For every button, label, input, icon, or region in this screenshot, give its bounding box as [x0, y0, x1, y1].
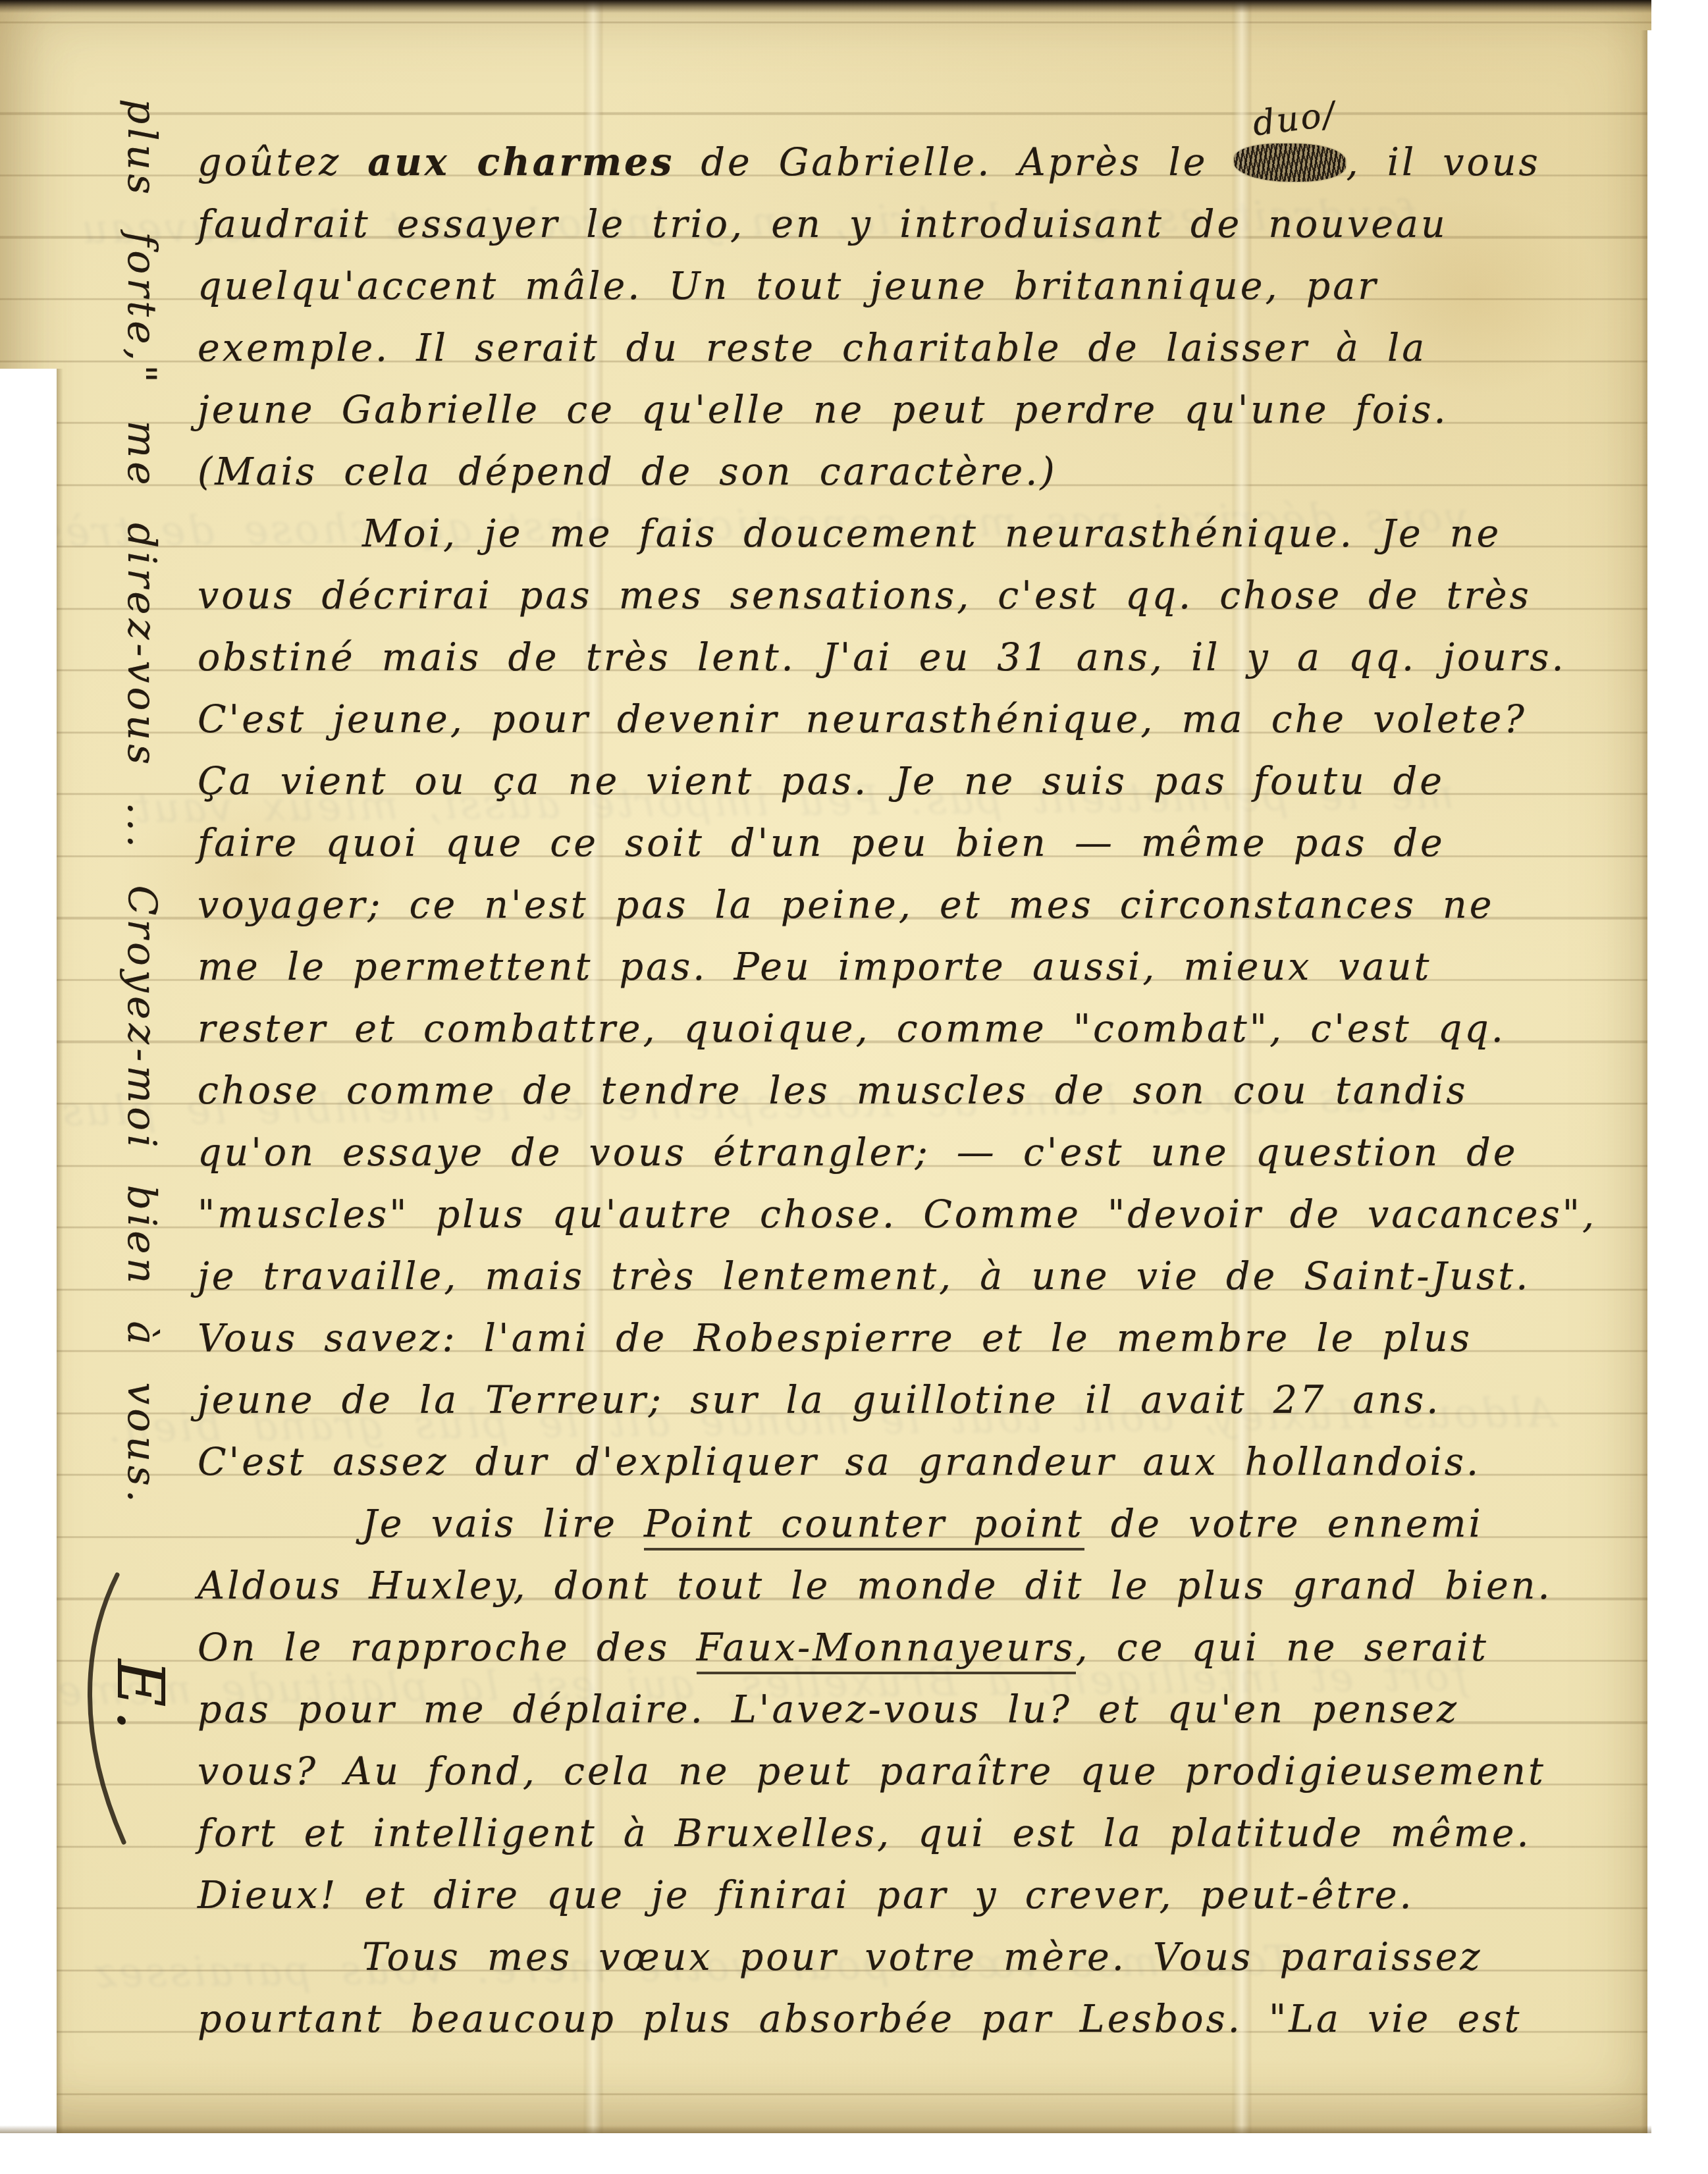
letter-line: fort et intelligent à Bruxelles, qui est…: [198, 1803, 1659, 1865]
letter-line: (Mais cela dépend de son caractère.): [198, 441, 1659, 503]
handwritten-text: quelqu'accent mâle. Un tout jeune britan…: [198, 265, 1378, 308]
letter-line: je travaille, mais très lentement, à une…: [198, 1246, 1659, 1308]
handwritten-text: qu'on essaye de vous étrangler; — c'est …: [198, 1131, 1518, 1175]
handwritten-text: voyager; ce n'est pas la peine, et mes c…: [198, 884, 1495, 927]
handwritten-text: Ça vient ou ça ne vient pas. Je ne suis …: [198, 760, 1445, 803]
letter-line: Tous mes vœux pour votre mère. Vous para…: [198, 1926, 1659, 1988]
letter-line: qu'on essaye de vous étrangler; — c'est …: [198, 1122, 1659, 1184]
letter-line: pourtant beaucoup plus absorbée par Lesb…: [198, 1988, 1659, 2050]
letter-line: Je vais lire Point counter point de votr…: [198, 1493, 1659, 1555]
letter-line: exemple. Il serait du reste charitable d…: [198, 317, 1659, 379]
letter-line: goûtez aux charmes de Gabrielle. Après l…: [198, 132, 1659, 194]
handwritten-text: Vous savez: l'ami de Robespierre et le m…: [198, 1317, 1472, 1360]
letter-line: me le permettent pas. Peu importe aussi,…: [198, 936, 1659, 998]
letter-line: Moi, je me fais doucement neurasthénique…: [198, 503, 1659, 565]
handwritten-text: , il vous: [1346, 141, 1540, 184]
letter-line: chose comme de tendre les muscles de son…: [198, 1060, 1659, 1122]
letter-line: voyager; ce n'est pas la peine, et mes c…: [198, 874, 1659, 936]
underlined-book-title: Point counter point: [644, 1502, 1084, 1551]
handwritten-text: faire quoi que ce soit d'un peu bien — m…: [198, 822, 1445, 865]
scan-background-left: [0, 369, 57, 2174]
letter-line: Aldous Huxley, dont tout le monde dit le…: [198, 1555, 1659, 1617]
letter-line: Dieux! et dire que je finirai par y crev…: [198, 1865, 1659, 1926]
letter-line: pas pour me déplaire. L'avez-vous lu? et…: [198, 1679, 1659, 1741]
handwritten-text: Tous mes vœux pour votre mère. Vous para…: [362, 1936, 1483, 1979]
letter-line: quelqu'accent mâle. Un tout jeune britan…: [198, 255, 1659, 317]
letter-line: C'est assez dur d'expliquer sa grandeur …: [198, 1431, 1659, 1493]
letter-line: Vous savez: l'ami de Robespierre et le m…: [198, 1308, 1659, 1369]
handwritten-text: jeune de la Terreur; sur la guillotine i…: [198, 1379, 1441, 1422]
handwritten-text: me le permettent pas. Peu importe aussi,…: [198, 945, 1431, 989]
underlined-book-title: Faux-Monnayeurs: [697, 1626, 1076, 1674]
margin-note: plus forte," me direz-vous ... Croyez-mo…: [116, 99, 167, 1679]
handwritten-text: Dieux! et dire que je finirai par y crev…: [198, 1874, 1414, 1917]
handwritten-text: je travaille, mais très lentement, à une…: [198, 1255, 1530, 1298]
letter-line: rester et combattre, quoique, comme "com…: [198, 998, 1659, 1060]
handwritten-text: fort et intelligent à Bruxelles, qui est…: [198, 1812, 1532, 1855]
letter-line: Ça vient ou ça ne vient pas. Je ne suis …: [198, 751, 1659, 812]
handwritten-text: Moi, je me fais doucement neurasthénique…: [362, 512, 1501, 556]
handwritten-text: "muscles" plus qu'autre chose. Comme "de…: [198, 1193, 1597, 1236]
handwritten-text: de votre ennemi: [1084, 1502, 1483, 1546]
letter-line: C'est jeune, pour devenir neurasthénique…: [198, 689, 1659, 751]
handwritten-text: Je vais lire: [362, 1502, 644, 1546]
handwritten-text: C'est jeune, pour devenir neurasthénique…: [198, 698, 1527, 741]
page-bottom-edge: [0, 2125, 1651, 2133]
handwritten-text: faudrait essayer le trio, en y introduis…: [198, 203, 1448, 246]
handwritten-text: vous? Au fond, cela ne peut paraître que…: [198, 1750, 1546, 1793]
handwritten-text: pas pour me déplaire. L'avez-vous lu? et…: [198, 1688, 1459, 1732]
letter-line: obstiné mais de très lent. J'ai eu 31 an…: [198, 627, 1659, 689]
handwritten-text: goûtez: [198, 141, 367, 184]
letter-line: "muscles" plus qu'autre chose. Comme "de…: [198, 1184, 1659, 1246]
handwritten-text: rester et combattre, quoique, comme "com…: [198, 1007, 1506, 1051]
scanned-letter-page: faudrait essayer le trio, en y introduis…: [0, 0, 1708, 2174]
handwritten-text: obstiné mais de très lent. J'ai eu 31 an…: [198, 636, 1566, 679]
letter-line: faudrait essayer le trio, en y introduis…: [198, 194, 1659, 255]
handwritten-text: , ce qui ne serait: [1076, 1626, 1489, 1670]
letter-line: vous décrirai pas mes sensations, c'est …: [198, 565, 1659, 627]
handwritten-text: pourtant beaucoup plus absorbée par Lesb…: [198, 1998, 1522, 2041]
handwritten-text: (Mais cela dépend de son caractère.): [198, 450, 1057, 494]
handwritten-text: jeune Gabrielle ce qu'elle ne peut perdr…: [198, 388, 1449, 432]
handwritten-text: Aldous Huxley, dont tout le monde dit le…: [198, 1564, 1553, 1608]
letter-lines: goûtez aux charmes de Gabrielle. Après l…: [198, 132, 1659, 2050]
handwritten-text: On le rapproche des: [198, 1626, 697, 1670]
scan-background-bottom: [0, 2133, 1708, 2174]
letter-line: On le rapproche des Faux-Monnayeurs, ce …: [198, 1617, 1659, 1679]
handwritten-text: chose comme de tendre les muscles de son…: [198, 1069, 1468, 1113]
handwritten-text: C'est assez dur d'expliquer sa grandeur …: [198, 1441, 1481, 1484]
scribbled-out-word: duo/: [1234, 144, 1346, 182]
signature-flourish-stroke: [59, 1567, 211, 1850]
scan-background-right: [1647, 30, 1708, 2174]
handwritten-text: exemple. Il serait du reste charitable d…: [198, 327, 1427, 370]
letter-line: jeune Gabrielle ce qu'elle ne peut perdr…: [198, 379, 1659, 441]
page-top-edge-shadow: [0, 0, 1651, 13]
handwritten-text: vous décrirai pas mes sensations, c'est …: [198, 574, 1532, 618]
letter-line: vous? Au fond, cela ne peut paraître que…: [198, 1741, 1659, 1803]
letter-line: jeune de la Terreur; sur la guillotine i…: [198, 1369, 1659, 1431]
handwritten-text: aux charmes: [367, 140, 674, 184]
letter-line: faire quoi que ce soit d'un peu bien — m…: [198, 812, 1659, 874]
handwritten-text: de Gabrielle. Après le: [674, 141, 1234, 184]
